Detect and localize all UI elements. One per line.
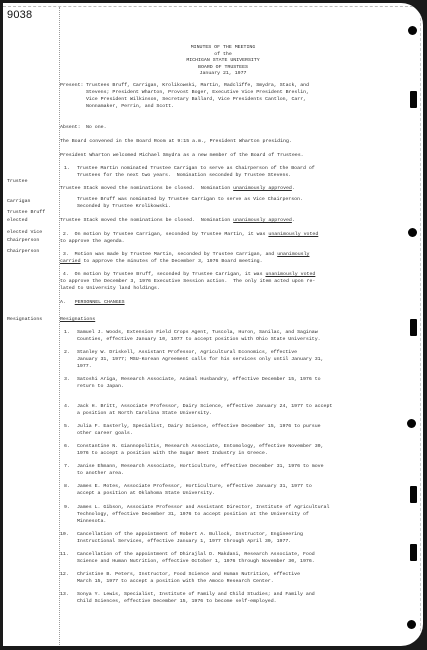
resignation-number: 8.: [64, 484, 70, 491]
underlined-text: unanimously approved: [233, 218, 292, 223]
side-note-line: Trustee Bruff: [7, 210, 45, 217]
text: 4. On motion by Trustee Bruff, seconded …: [60, 272, 265, 277]
binding-slot: [410, 319, 417, 336]
resignation-line: Constantine N. Giannopolitis, Research A…: [77, 444, 324, 451]
resignation-line: March 15, 1977 to accept a position with…: [77, 579, 274, 586]
resignation-number: 2.: [64, 350, 70, 357]
resignation-line: to another area.: [77, 471, 124, 478]
item1-line: Trustees for the next two years. Nominat…: [77, 173, 291, 180]
underlined-text: unanimously: [277, 252, 309, 257]
text: to approve the minutes of the December 3…: [81, 259, 263, 264]
resignation-number: 4.: [64, 404, 70, 411]
punch-hole: [408, 26, 417, 35]
present-line: Nonnamaker, Perrin, and Scott.: [86, 104, 174, 111]
resignation-line: James E. Motes, Associate Professor, Hor…: [77, 484, 312, 491]
item3: 3. Motion was made by Trustee Martin, se…: [60, 252, 309, 259]
text: Trustee Stack moved the nominations be c…: [60, 218, 233, 223]
section-heading: A. PERSONNEL CHANGES: [60, 300, 125, 307]
binding-slot: [410, 544, 417, 561]
resignation-line: Julia F. Easterly, Specialist, Dairy Sci…: [77, 424, 321, 431]
item1-line: Trustee Martin nominated Trustee Carriga…: [77, 166, 315, 173]
resignation-line: Jack H. Britt, Associate Professor, Dair…: [77, 404, 332, 411]
meeting-date: January 21, 1977: [123, 71, 323, 78]
punch-hole: [408, 228, 417, 237]
resignation-line: Counties, effective January 10, 1977 to …: [77, 337, 321, 344]
text: .: [292, 218, 295, 223]
absent-label: Absent:: [60, 125, 81, 132]
resignation-line: Satoshi Ariga, Research Associate, Anima…: [77, 377, 321, 384]
vice-line: Trustee Bruff was nominated by Trustee C…: [77, 197, 303, 204]
underlined-text: unanimously voted: [265, 272, 315, 277]
side-note-line: Chairperson: [7, 249, 45, 256]
resignation-line: return to Japan.: [77, 384, 124, 391]
resignation-number: 13.: [60, 592, 69, 599]
underlined-text: unanimously voted: [268, 232, 318, 237]
resignation-line: Stanley W. Driskell, Assistant Professor…: [77, 350, 297, 357]
resignation-line: accept a position at Oklahoma State Univ…: [77, 491, 215, 498]
text: Trustee Stack moved the nominations be c…: [60, 186, 233, 191]
side-note-line: Trustee: [7, 179, 39, 186]
side-note-resignations: Resignations: [7, 317, 42, 324]
present-line: Stevens; President Wharton, Provost Boge…: [86, 90, 309, 97]
present-label: Present:: [60, 83, 83, 90]
resignation-number: 12.: [60, 572, 69, 579]
scan-right-edge: [420, 3, 423, 646]
present-line: Trustees Bruff, Carrigan, Krolikowski, M…: [86, 83, 309, 90]
document-page: 9038 MINUTES OF THE MEETING of the MICHI…: [3, 3, 423, 646]
resignation-line: a position at North Carolina State Unive…: [77, 411, 212, 418]
present-line: Vice President Wilkinson, Secretary Ball…: [86, 97, 306, 104]
resignation-line: Cancellation of the appointment of Rober…: [77, 532, 303, 539]
vice-line: Seconded by Trustee Krolikowski.: [77, 204, 171, 211]
resignation-line: Instructional Services, effective Januar…: [77, 539, 291, 546]
binding-slot: [410, 486, 417, 503]
resignation-number: 10.: [60, 532, 69, 539]
item4-line: lated to University land holdings.: [60, 286, 160, 293]
item2: 2. On motion by Trustee Carrigan, second…: [60, 232, 318, 239]
minutes-title: MINUTES OF THE MEETING of the MICHIGAN S…: [123, 45, 323, 78]
resignation-line: Christine B. Peters, Instructor, Food Sc…: [77, 572, 300, 579]
resignation-line: James L. Gibson, Associate Professor and…: [77, 505, 329, 512]
section-title: PERSONNEL CHANGES: [75, 300, 125, 305]
item-number: 1.: [64, 166, 70, 173]
absent-value: No one.: [86, 125, 107, 132]
resignation-line: Samuel J. Woods, Extension Field Crops A…: [77, 330, 318, 337]
resignation-line: Sonya Y. Lewis, Specialist, Institute of…: [77, 592, 315, 599]
resignation-number: 3.: [64, 377, 70, 384]
resignation-number: 1.: [64, 330, 70, 337]
resignation-number: 11.: [60, 552, 69, 559]
scan-top-edge: [3, 3, 423, 7]
punch-hole: [407, 419, 416, 428]
resignation-number: 9.: [64, 505, 70, 512]
resignation-line: Cancellation of the appointment of Dhira…: [77, 552, 315, 559]
resignation-line: Child Sciences, effective December 15, 1…: [77, 599, 277, 606]
punch-hole: [407, 620, 416, 629]
resignation-number: 5.: [64, 424, 70, 431]
item4: 4. On motion by Trustee Bruff, seconded …: [60, 272, 315, 279]
side-note-line: elected Vice: [7, 230, 45, 237]
resignation-line: Janise Ehmann, Research Associate, Horti…: [77, 464, 324, 471]
text: .: [292, 186, 295, 191]
resignation-line: Technology, effective December 31, 1976 …: [77, 512, 309, 519]
item4-line: to approve the December 3, 1976 Executiv…: [60, 279, 315, 286]
text: 2. On motion by Trustee Carrigan, second…: [60, 232, 268, 237]
nominations-closed-2: Trustee Stack moved the nominations be c…: [60, 218, 295, 225]
convened-text: The Board convened in the Board Room at …: [60, 139, 292, 146]
resignation-line: Minnesota.: [77, 519, 106, 526]
side-note-vice: Trustee Bruff elected Vice Chairperson: [7, 197, 45, 269]
section-letter: A.: [60, 300, 66, 305]
resignations-heading: Resignations: [60, 317, 95, 324]
item3-line: carried to approve the minutes of the De…: [60, 259, 263, 266]
resignation-line: 1976 to accept a position with the Sugar…: [77, 451, 268, 458]
page-number: 9038: [7, 9, 32, 21]
resignation-line: 1977.: [77, 364, 92, 371]
resignation-number: 6.: [64, 444, 70, 451]
resignation-line: January 31, 1977; MSU-Korean Agreement c…: [77, 357, 324, 364]
resignation-line: other career goals.: [77, 431, 133, 438]
item2-line: to approve the agenda.: [60, 239, 125, 246]
nominations-closed-1: Trustee Stack moved the nominations be c…: [60, 186, 295, 193]
text: 3. Motion was made by Trustee Martin, se…: [60, 252, 277, 257]
underlined-text: unanimously approved: [233, 186, 292, 191]
underlined-text: carried: [60, 259, 81, 264]
resignation-line: Science and Human Nutrition, effective O…: [77, 559, 315, 566]
resignation-number: 7.: [64, 464, 70, 471]
margin-rule: [59, 7, 60, 646]
welcomed-text: President Wharton welcomed Michael Smydr…: [60, 153, 304, 160]
binding-slot: [410, 91, 417, 108]
